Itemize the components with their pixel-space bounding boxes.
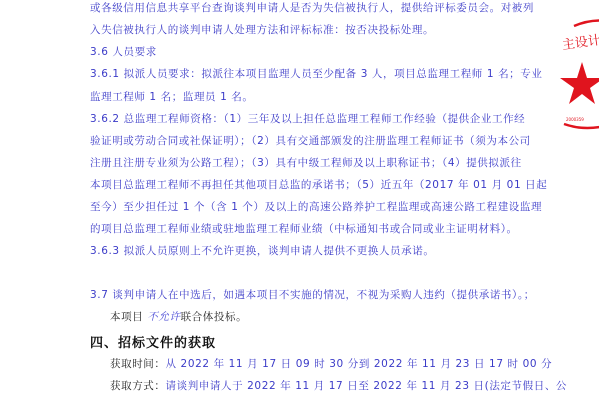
text-line: 或各级信用信息共享平台查询谈判申请人是否为失信被执行人，提供给评标委员会。对被列 (90, 1, 534, 15)
text-line: 注册且注册专业须为公路工程）；（3）具有中级工程师及以上职称证书；（4）提供拟派… (90, 156, 522, 170)
consortium-suffix: 联合体投标。 (181, 311, 248, 323)
text-line: 的项目总监理工程师业绩或驻地监理工程师业绩（中标通知书或合同或业主证明材料）。 (90, 222, 518, 236)
acquisition-method-label: 获取方式： (110, 380, 166, 392)
acquisition-method-value: 请谈判申请人于 2022 年 11 月 17 日至 2022 年 11 月 23… (166, 380, 568, 392)
section-4-heading: 四、招标文件的获取 (90, 332, 216, 351)
text-line: 3.7 谈判申请人在中选后，如遇本项目不实施的情况，不视为采购人违约（提供承诺书… (90, 288, 535, 302)
text-line: 至今）至少担任过 1 个（含 1 个）及以上的高速公路养护工程监理或高速公路工程… (90, 200, 542, 214)
text-line: 3.6.2 总监理工程师资格：（1）三年及以上担任总监理工程师工作经验（提供企业… (90, 112, 525, 126)
svg-text:主设计: 主设计 (561, 32, 599, 53)
acquisition-time-value: 从 2022 年 11 月 17 日 09 时 30 分到 2022 年 11 … (166, 358, 553, 370)
consortium-line: 本项目 不允许联合体投标。 (110, 310, 247, 324)
company-seal: 主设计 2000359 (552, 0, 599, 140)
text-line: 本项目总监理工程师不再担任其他项目总监的承诺书；（5）近五年（2017 年 01… (90, 178, 547, 192)
text-line: 3.6.3 拟派人员原则上不允许更换，谈判申请人提供不更换人员承诺。 (90, 244, 434, 258)
text-line: 验证明或劳动合同或社保证明）；（2）具有交通部颁发的注册监理工程师证书（须为本公… (90, 134, 531, 148)
section-3-6-title: 3.6 人员要求 (90, 45, 157, 59)
acquisition-time-label: 获取时间： (110, 358, 166, 370)
acquisition-time-line: 获取时间：从 2022 年 11 月 17 日 09 时 30 分到 2022 … (110, 357, 552, 371)
acquisition-method-line: 获取方式：请谈判申请人于 2022 年 11 月 17 日至 2022 年 11… (110, 379, 567, 393)
text-line: 监理工程师 1 名；监理员 1 名。 (90, 90, 254, 104)
text-line: 入失信被执行人的谈判申请人处理方法和评标标准：按否决投标处理。 (90, 23, 434, 37)
text-line: 3.6.1 拟派人员要求：拟派往本项目监理人员至少配备 3 人，项目总监理工程师… (90, 67, 542, 81)
consortium-prefix: 本项目 (110, 311, 143, 323)
consortium-value: 不允许 (147, 311, 180, 323)
document-page: 或各级信用信息共享平台查询谈判申请人是否为失信被执行人，提供给评标委员会。对被列… (0, 0, 599, 398)
seal-star-icon: 主设计 2000359 (552, 0, 599, 140)
svg-text:2000359: 2000359 (566, 117, 584, 122)
